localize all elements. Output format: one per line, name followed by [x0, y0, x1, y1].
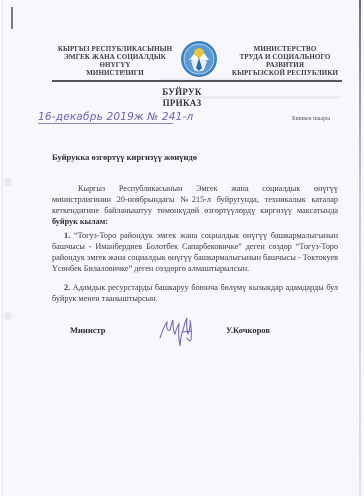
letterhead-line: МИНИСТЕРСТВО [220, 45, 350, 53]
letterhead-line: МИНИСТРЛИГИ [50, 69, 180, 77]
order-item-1: 1. “Тогуз-Торо райондук эмгек жана социа… [52, 230, 338, 274]
document-page: КЫРГЫЗ РЕСПУБЛИКАСЫНЫН ЭМГЕК ЖАНА СОЦИАЛ… [0, 0, 364, 500]
subject-heading: Буйрукка өзгөртүү киргизүү жөнүндө [52, 152, 197, 162]
item-number: 1. [64, 231, 70, 240]
date-number-text: 16-декабрь 2019ж № 241-л [38, 111, 193, 123]
letterhead-russian: МИНИСТЕРСТВО ТРУДА И СОЦИАЛЬНОГО РАЗВИТИ… [220, 45, 350, 77]
punch-hole [4, 312, 12, 320]
page-bottom-edge [0, 496, 364, 500]
doc-title-russian: ПРИКАЗ [0, 98, 364, 108]
intro-text: Кыргыз Республикасынын Эмгек жана социал… [52, 184, 338, 215]
doc-title-kyrgyz: БУЙРУК [0, 87, 364, 97]
city-label: Бишкек шаары [292, 116, 330, 122]
handwritten-date-number: 16-декабрь 2019ж № 241-л [38, 111, 193, 123]
scan-mark [11, 7, 13, 29]
intro-paragraph: Кыргыз Республикасынын Эмгек жана социал… [52, 183, 338, 227]
kyrgyz-state-emblem-icon [180, 40, 218, 78]
letterhead-kyrgyz: КЫРГЫЗ РЕСПУБЛИКАСЫНЫН ЭМГЕК ЖАНА СОЦИАЛ… [50, 45, 180, 77]
letterhead-divider [52, 80, 342, 82]
letterhead-line: КЫРГЫЗ РЕСПУБЛИКАСЫНЫН [50, 45, 180, 53]
letterhead-line: ТРУДА И СОЦИАЛЬНОГО РАЗВИТИЯ [220, 53, 350, 69]
letterhead-line: КЫРГЫЗСКОЙ РЕСПУБЛИКИ [220, 69, 350, 77]
letterhead-line: ЭМГЕК ЖАНА СОЦИАЛДЫК ӨНҮГҮҮ [50, 53, 180, 69]
letterhead: КЫРГЫЗ РЕСПУБЛИКАСЫНЫН ЭМГЕК ЖАНА СОЦИАЛ… [0, 40, 364, 80]
order-item-2: 2. Адамдык ресурстарды башкаруу боюнча б… [52, 282, 338, 304]
item-text: Адамдык ресурстарды башкаруу боюнча бөлү… [52, 283, 338, 303]
item-number: 2. [64, 283, 70, 292]
signatory-name: У.Кочкоров [226, 325, 270, 335]
punch-hole [4, 178, 12, 186]
handwritten-signature-icon [158, 312, 198, 350]
date-underline [38, 123, 173, 124]
order-phrase: буйрук кылам: [52, 217, 108, 226]
item-text: “Тогуз-Торо райондук эмгек жана социалды… [52, 231, 338, 273]
signatory-role: Министр [70, 325, 106, 335]
